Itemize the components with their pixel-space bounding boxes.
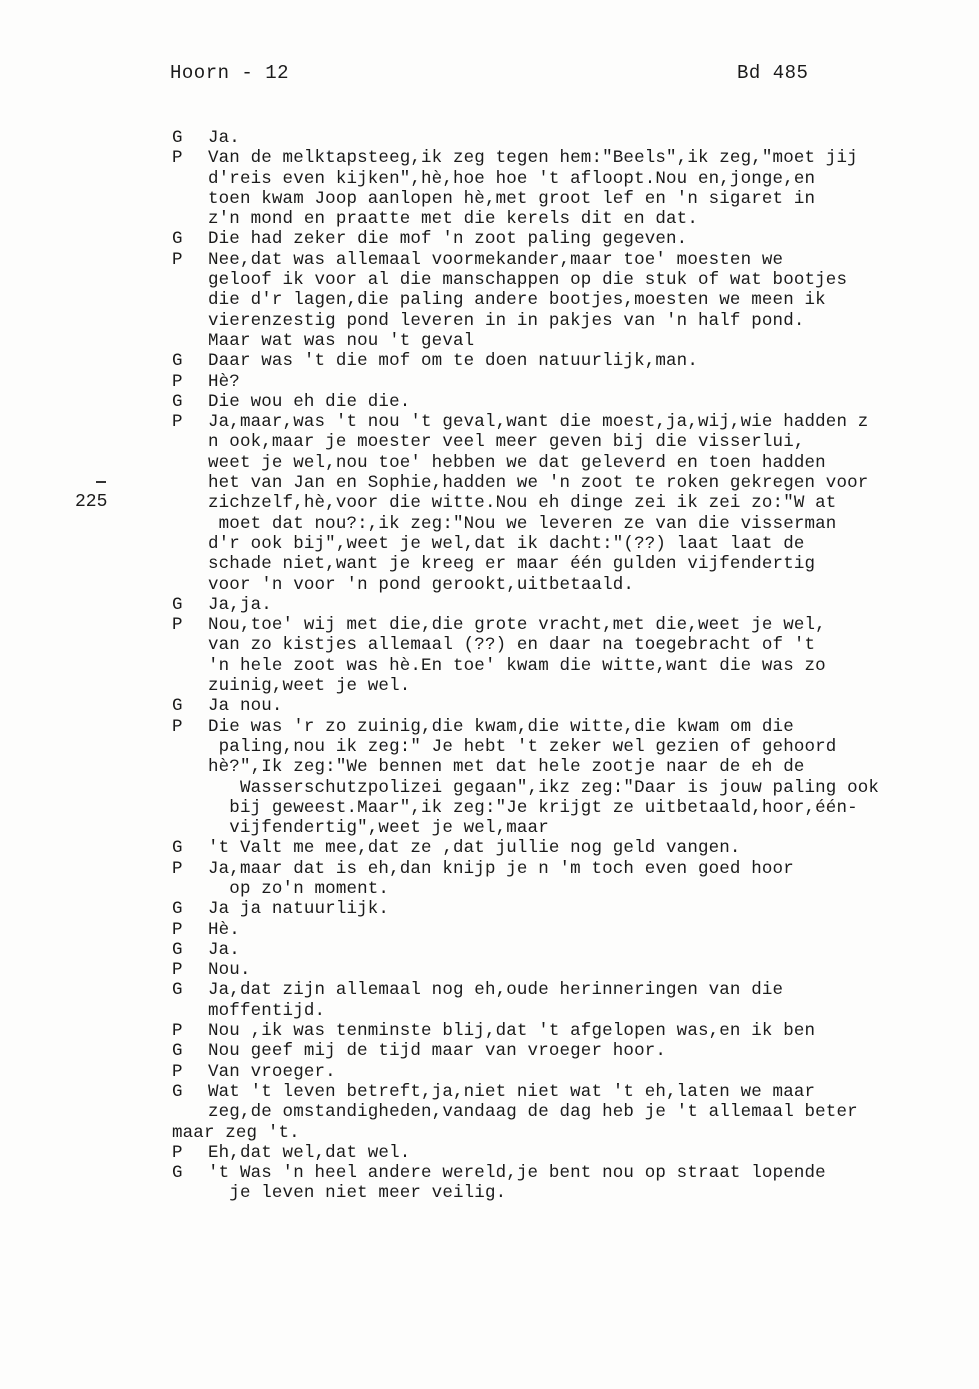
transcript-turn: PVan de melktapsteeg,ik zeg tegen hem:"B… — [172, 148, 972, 229]
turn-text: Nou geef mij de tijd maar van vroeger ho… — [208, 1041, 972, 1061]
text-line: Ja. — [208, 940, 972, 960]
text-line: moffentijd. — [208, 1001, 972, 1021]
speaker-label: P — [172, 148, 208, 229]
text-line: Ja. — [208, 128, 972, 148]
text-line: vijfendertig",weet je wel,maar — [208, 818, 972, 838]
turn-text: 't Valt me mee,dat ze ,dat jullie nog ge… — [208, 838, 972, 858]
transcript-turn: PNou ,ik was tenminste blij,dat 't afgel… — [172, 1021, 972, 1041]
text-line: Die had zeker die mof 'n zoot paling geg… — [208, 229, 972, 249]
text-line: geloof ik voor al die manschappen op die… — [208, 270, 972, 290]
text-line: voor 'n voor 'n pond gerookt,uitbetaald. — [208, 575, 972, 595]
speaker-label: G — [172, 392, 208, 412]
transcript-turn: GJa ja natuurlijk. — [172, 899, 972, 919]
text-line: Ja,dat zijn allemaal nog eh,oude herinne… — [208, 980, 972, 1000]
turn-text: Nou ,ik was tenminste blij,dat 't afgelo… — [208, 1021, 972, 1041]
speaker-label: P — [172, 920, 208, 940]
text-line: Eh,dat wel,dat wel. — [208, 1143, 972, 1163]
turn-text: Die wou eh die die. — [208, 392, 972, 412]
text-line: toen kwam Joop aanlopen hè,met groot lef… — [208, 189, 972, 209]
speaker-label: G — [172, 351, 208, 371]
text-line: maar zeg 't. — [172, 1123, 972, 1143]
speaker-label: P — [172, 372, 208, 392]
speaker-label: P — [172, 615, 208, 696]
turn-text: Ja,dat zijn allemaal nog eh,oude herinne… — [208, 980, 972, 1021]
text-line: schade niet,want je kreeg er maar één gu… — [208, 554, 972, 574]
text-line: Nou ,ik was tenminste blij,dat 't afgelo… — [208, 1021, 972, 1041]
text-line: Ja ja natuurlijk. — [208, 899, 972, 919]
turn-text: 't Was 'n heel andere wereld,je bent nou… — [208, 1163, 972, 1204]
text-line: Ja,maar dat is eh,dan knijp je n 'm toch… — [208, 859, 972, 879]
text-line: Wasserschutzpolizei gegaan",ikz zeg:"Daa… — [208, 778, 972, 798]
turn-text: Wat 't leven betreft,ja,niet niet wat 't… — [208, 1082, 972, 1143]
text-line: Van de melktapsteeg,ik zeg tegen hem:"Be… — [208, 148, 972, 168]
transcript-turn: GJa. — [172, 128, 972, 148]
turn-text: Ja. — [208, 940, 972, 960]
text-line: Die was 'r zo zuinig,die kwam,die witte,… — [208, 717, 972, 737]
text-line: Nou,toe' wij met die,die grote vracht,me… — [208, 615, 972, 635]
transcript-turn: GJa. — [172, 940, 972, 960]
transcript-turn: PJa,maar dat is eh,dan knijp je n 'm toc… — [172, 859, 972, 900]
speaker-label: P — [172, 717, 208, 839]
text-line: Ja nou. — [208, 696, 972, 716]
text-line: Die wou eh die die. — [208, 392, 972, 412]
text-line: die d'r lagen,die paling andere bootjes,… — [208, 290, 972, 310]
speaker-label: G — [172, 980, 208, 1021]
text-line: d'reis even kijken",hè,hoe hoe 't afloop… — [208, 169, 972, 189]
text-line: Hè. — [208, 920, 972, 940]
turn-text: Ja,maar dat is eh,dan knijp je n 'm toch… — [208, 859, 972, 900]
turn-text: Ja,ja. — [208, 595, 972, 615]
speaker-label: P — [172, 412, 208, 595]
transcript-turn: G't Was 'n heel andere wereld,je bent no… — [172, 1163, 972, 1204]
speaker-label: G — [172, 128, 208, 148]
speaker-label: P — [172, 1062, 208, 1082]
text-line: zeg,de omstandigheden,vandaag de dag heb… — [208, 1102, 972, 1122]
text-line: Nou geef mij de tijd maar van vroeger ho… — [208, 1041, 972, 1061]
text-line: Ja,ja. — [208, 595, 972, 615]
header-location: Hoorn - 12 — [170, 62, 289, 84]
turn-text: Nee,dat was allemaal voormekander,maar t… — [208, 250, 972, 351]
speaker-label: G — [172, 838, 208, 858]
text-line: 'n hele zoot was hè.En toe' kwam die wit… — [208, 656, 972, 676]
speaker-label: G — [172, 899, 208, 919]
text-line: d'r ook bij",weet je wel,dat ik dacht:"(… — [208, 534, 972, 554]
transcript-turn: GJa nou. — [172, 696, 972, 716]
text-line: zuinig,weet je wel. — [208, 676, 972, 696]
text-line: het van Jan en Sophie,hadden we 'n zoot … — [208, 473, 972, 493]
text-line: Maar wat was nou 't geval — [208, 331, 972, 351]
text-line: zichzelf,hè,voor die witte.Nou eh dinge … — [208, 493, 972, 513]
transcript-turn: PHè. — [172, 920, 972, 940]
text-line: z'n mond en praatte met die kerels dit e… — [208, 209, 972, 229]
turn-text: Nou. — [208, 960, 972, 980]
transcript-turn: GDie wou eh die die. — [172, 392, 972, 412]
text-line: van zo kistjes allemaal (??) en daar na … — [208, 635, 972, 655]
text-line: Wat 't leven betreft,ja,niet niet wat 't… — [208, 1082, 972, 1102]
text-line: 't Valt me mee,dat ze ,dat jullie nog ge… — [208, 838, 972, 858]
text-line: op zo'n moment. — [208, 879, 972, 899]
text-line: hè?",Ik zeg:"We bennen met dat hele zoot… — [208, 757, 972, 777]
transcript-turn: GJa,dat zijn allemaal nog eh,oude herinn… — [172, 980, 972, 1021]
speaker-label: P — [172, 1143, 208, 1163]
text-line: moet dat nou?:,ik zeg:"Nou we leveren ze… — [208, 514, 972, 534]
speaker-label: G — [172, 1163, 208, 1204]
transcript-turn: PEh,dat wel,dat wel. — [172, 1143, 972, 1163]
turn-text: Ja nou. — [208, 696, 972, 716]
transcript-turn: PNou. — [172, 960, 972, 980]
document-page: Hoorn - 12 Bd 485 225 GJa.PVan de melkta… — [0, 0, 979, 1389]
interview-transcript: GJa.PVan de melktapsteeg,ik zeg tegen he… — [172, 128, 972, 1204]
text-line: Ja,maar,was 't nou 't geval,want die moe… — [208, 412, 972, 432]
speaker-label: P — [172, 859, 208, 900]
margin-note-number: 225 — [75, 492, 107, 512]
speaker-label: G — [172, 229, 208, 249]
speaker-label: P — [172, 960, 208, 980]
text-line: paling,nou ik zeg:" Je hebt 't zeker wel… — [208, 737, 972, 757]
transcript-turn: PNee,dat was allemaal voormekander,maar … — [172, 250, 972, 351]
turn-text: Hè. — [208, 920, 972, 940]
turn-text: Ja. — [208, 128, 972, 148]
speaker-label: G — [172, 1041, 208, 1061]
speaker-label: P — [172, 1021, 208, 1041]
turn-text: Van vroeger. — [208, 1062, 972, 1082]
transcript-turn: GDaar was 't die mof om te doen natuurli… — [172, 351, 972, 371]
turn-text: Van de melktapsteeg,ik zeg tegen hem:"Be… — [208, 148, 972, 229]
text-line: Hè? — [208, 372, 972, 392]
turn-text: Nou,toe' wij met die,die grote vracht,me… — [208, 615, 972, 696]
transcript-turn: PVan vroeger. — [172, 1062, 972, 1082]
transcript-turn: GNou geef mij de tijd maar van vroeger h… — [172, 1041, 972, 1061]
margin-mark — [96, 481, 106, 483]
header-reference: Bd 485 — [737, 62, 808, 84]
turn-text: Die had zeker die mof 'n zoot paling geg… — [208, 229, 972, 249]
speaker-label: G — [172, 595, 208, 615]
transcript-turn: PHè? — [172, 372, 972, 392]
transcript-turn: PDie was 'r zo zuinig,die kwam,die witte… — [172, 717, 972, 839]
turn-text: Daar was 't die mof om te doen natuurlij… — [208, 351, 972, 371]
text-line: Daar was 't die mof om te doen natuurlij… — [208, 351, 972, 371]
text-line: Van vroeger. — [208, 1062, 972, 1082]
transcript-turn: GJa,ja. — [172, 595, 972, 615]
speaker-label: P — [172, 250, 208, 351]
transcript-turn: GDie had zeker die mof 'n zoot paling ge… — [172, 229, 972, 249]
text-line: bij geweest.Maar",ik zeg:"Je krijgt ze u… — [208, 798, 972, 818]
turn-text: Ja ja natuurlijk. — [208, 899, 972, 919]
speaker-label: G — [172, 940, 208, 960]
text-line: 't Was 'n heel andere wereld,je bent nou… — [208, 1163, 972, 1183]
text-line: n ook,maar je moester veel meer geven bi… — [208, 432, 972, 452]
transcript-turn: GWat 't leven betreft,ja,niet niet wat '… — [172, 1082, 972, 1143]
transcript-turn: G't Valt me mee,dat ze ,dat jullie nog g… — [172, 838, 972, 858]
transcript-turn: PNou,toe' wij met die,die grote vracht,m… — [172, 615, 972, 696]
text-line: weet je wel,nou toe' hebben we dat gelev… — [208, 453, 972, 473]
transcript-turn: PJa,maar,was 't nou 't geval,want die mo… — [172, 412, 972, 595]
turn-text: Ja,maar,was 't nou 't geval,want die moe… — [208, 412, 972, 595]
text-line: vierenzestig pond leveren in in pakjes v… — [208, 311, 972, 331]
text-line: Nee,dat was allemaal voormekander,maar t… — [208, 250, 972, 270]
text-line: je leven niet meer veilig. — [208, 1183, 972, 1203]
turn-text: Hè? — [208, 372, 972, 392]
text-line: Nou. — [208, 960, 972, 980]
speaker-label: G — [172, 696, 208, 716]
turn-text: Die was 'r zo zuinig,die kwam,die witte,… — [208, 717, 972, 839]
turn-text: Eh,dat wel,dat wel. — [208, 1143, 972, 1163]
